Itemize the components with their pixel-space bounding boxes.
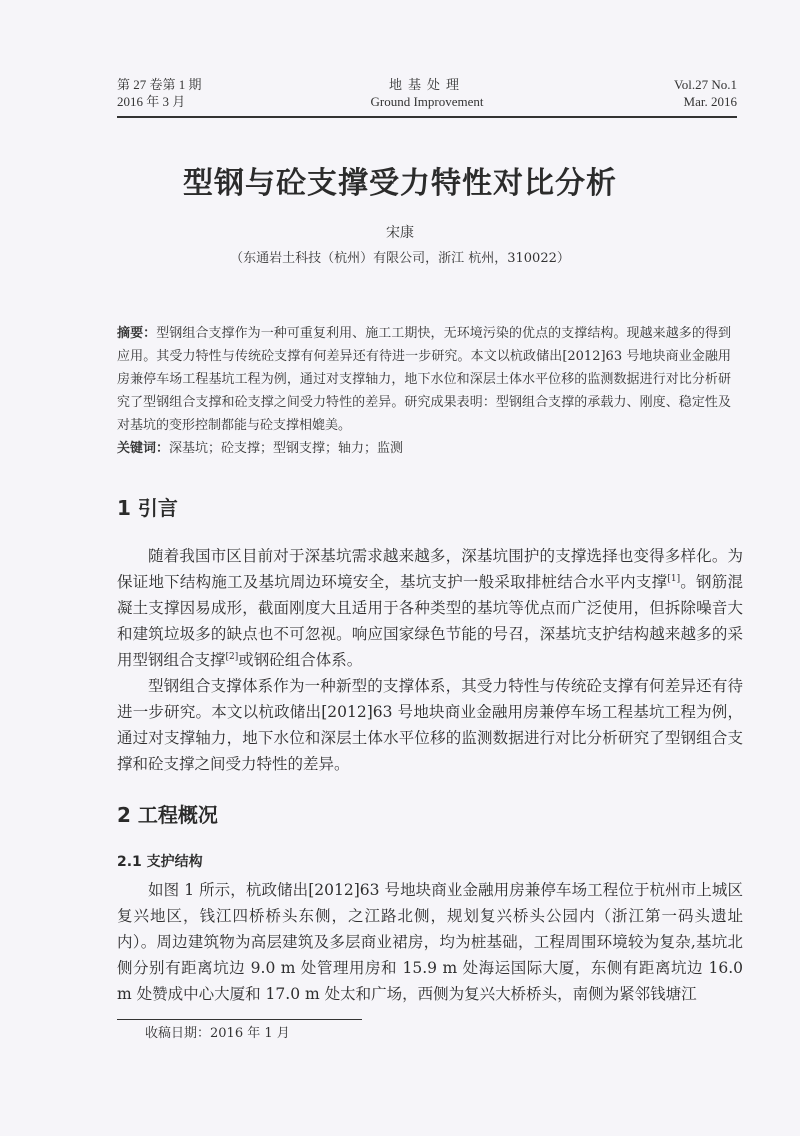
footnote-rule xyxy=(117,1019,362,1020)
paper-title: 型钢与砼支撑受力特性对比分析 xyxy=(0,158,800,202)
issue-info-en: Vol.27 No.1 Mar. 2016 xyxy=(674,76,737,110)
abstract: 摘要：型钢组合支撑作为一种可重复利用、施工工期快，无环境污染的优点的支撑结构。现… xyxy=(117,322,731,437)
received-date-footnote: 收稿日期：2016 年 1 月 xyxy=(145,1022,290,1041)
journal-name: 地基处理 Ground Improvement xyxy=(117,76,737,110)
abstract-label: 摘要： xyxy=(117,326,156,341)
text-run: 或钢砼组合体系。 xyxy=(238,651,362,669)
section-heading-introduction: 1 引言 xyxy=(117,492,178,521)
section-heading-project-overview: 2 工程概况 xyxy=(117,799,218,828)
subsection-heading-support-structure: 2.1 支护结构 xyxy=(117,851,203,871)
overview-paragraph-1: 如图 1 所示，杭政储出[2012]63 号地块商业金融用房兼停车场工程位于杭州… xyxy=(117,877,743,1007)
volume-issue-en: Vol.27 No.1 xyxy=(674,76,737,93)
journal-name-cn: 地基处理 xyxy=(117,76,737,93)
intro-paragraph-1: 随着我国市区目前对于深基坑需求越来越多，深基坑围护的支撑选择也变得多样化。为保证… xyxy=(117,543,743,673)
paper-page: 第 27 卷第 1 期 2016 年 3 月 地基处理 Ground Impro… xyxy=(0,0,800,1136)
abstract-text: 型钢组合支撑作为一种可重复利用、施工工期快，无环境污染的优点的支撑结构。现越来越… xyxy=(117,326,731,433)
affiliation: （东通岩土科技（杭州）有限公司，浙江 杭州，310022） xyxy=(0,247,800,266)
text-run: 随着我国市区目前对于深基坑需求越来越多，深基坑围护的支撑选择也变得多样化。为保证… xyxy=(117,547,743,591)
running-header: 第 27 卷第 1 期 2016 年 3 月 地基处理 Ground Impro… xyxy=(117,76,737,116)
citation-2[interactable]: [2] xyxy=(226,652,239,662)
author: 宋康 xyxy=(0,222,800,242)
header-rule xyxy=(117,116,737,118)
intro-paragraph-2: 型钢组合支撑体系作为一种新型的支撑体系，其受力特性与传统砼支撑有何差异还有待进一… xyxy=(117,673,743,777)
keywords: 关键词：深基坑；砼支撑；型钢支撑；轴力；监测 xyxy=(117,437,731,456)
journal-name-en: Ground Improvement xyxy=(117,93,737,110)
date-en: Mar. 2016 xyxy=(674,93,737,110)
citation-1[interactable]: [1] xyxy=(667,574,680,584)
keywords-label: 关键词： xyxy=(117,441,169,456)
keywords-text: 深基坑；砼支撑；型钢支撑；轴力；监测 xyxy=(169,441,403,456)
